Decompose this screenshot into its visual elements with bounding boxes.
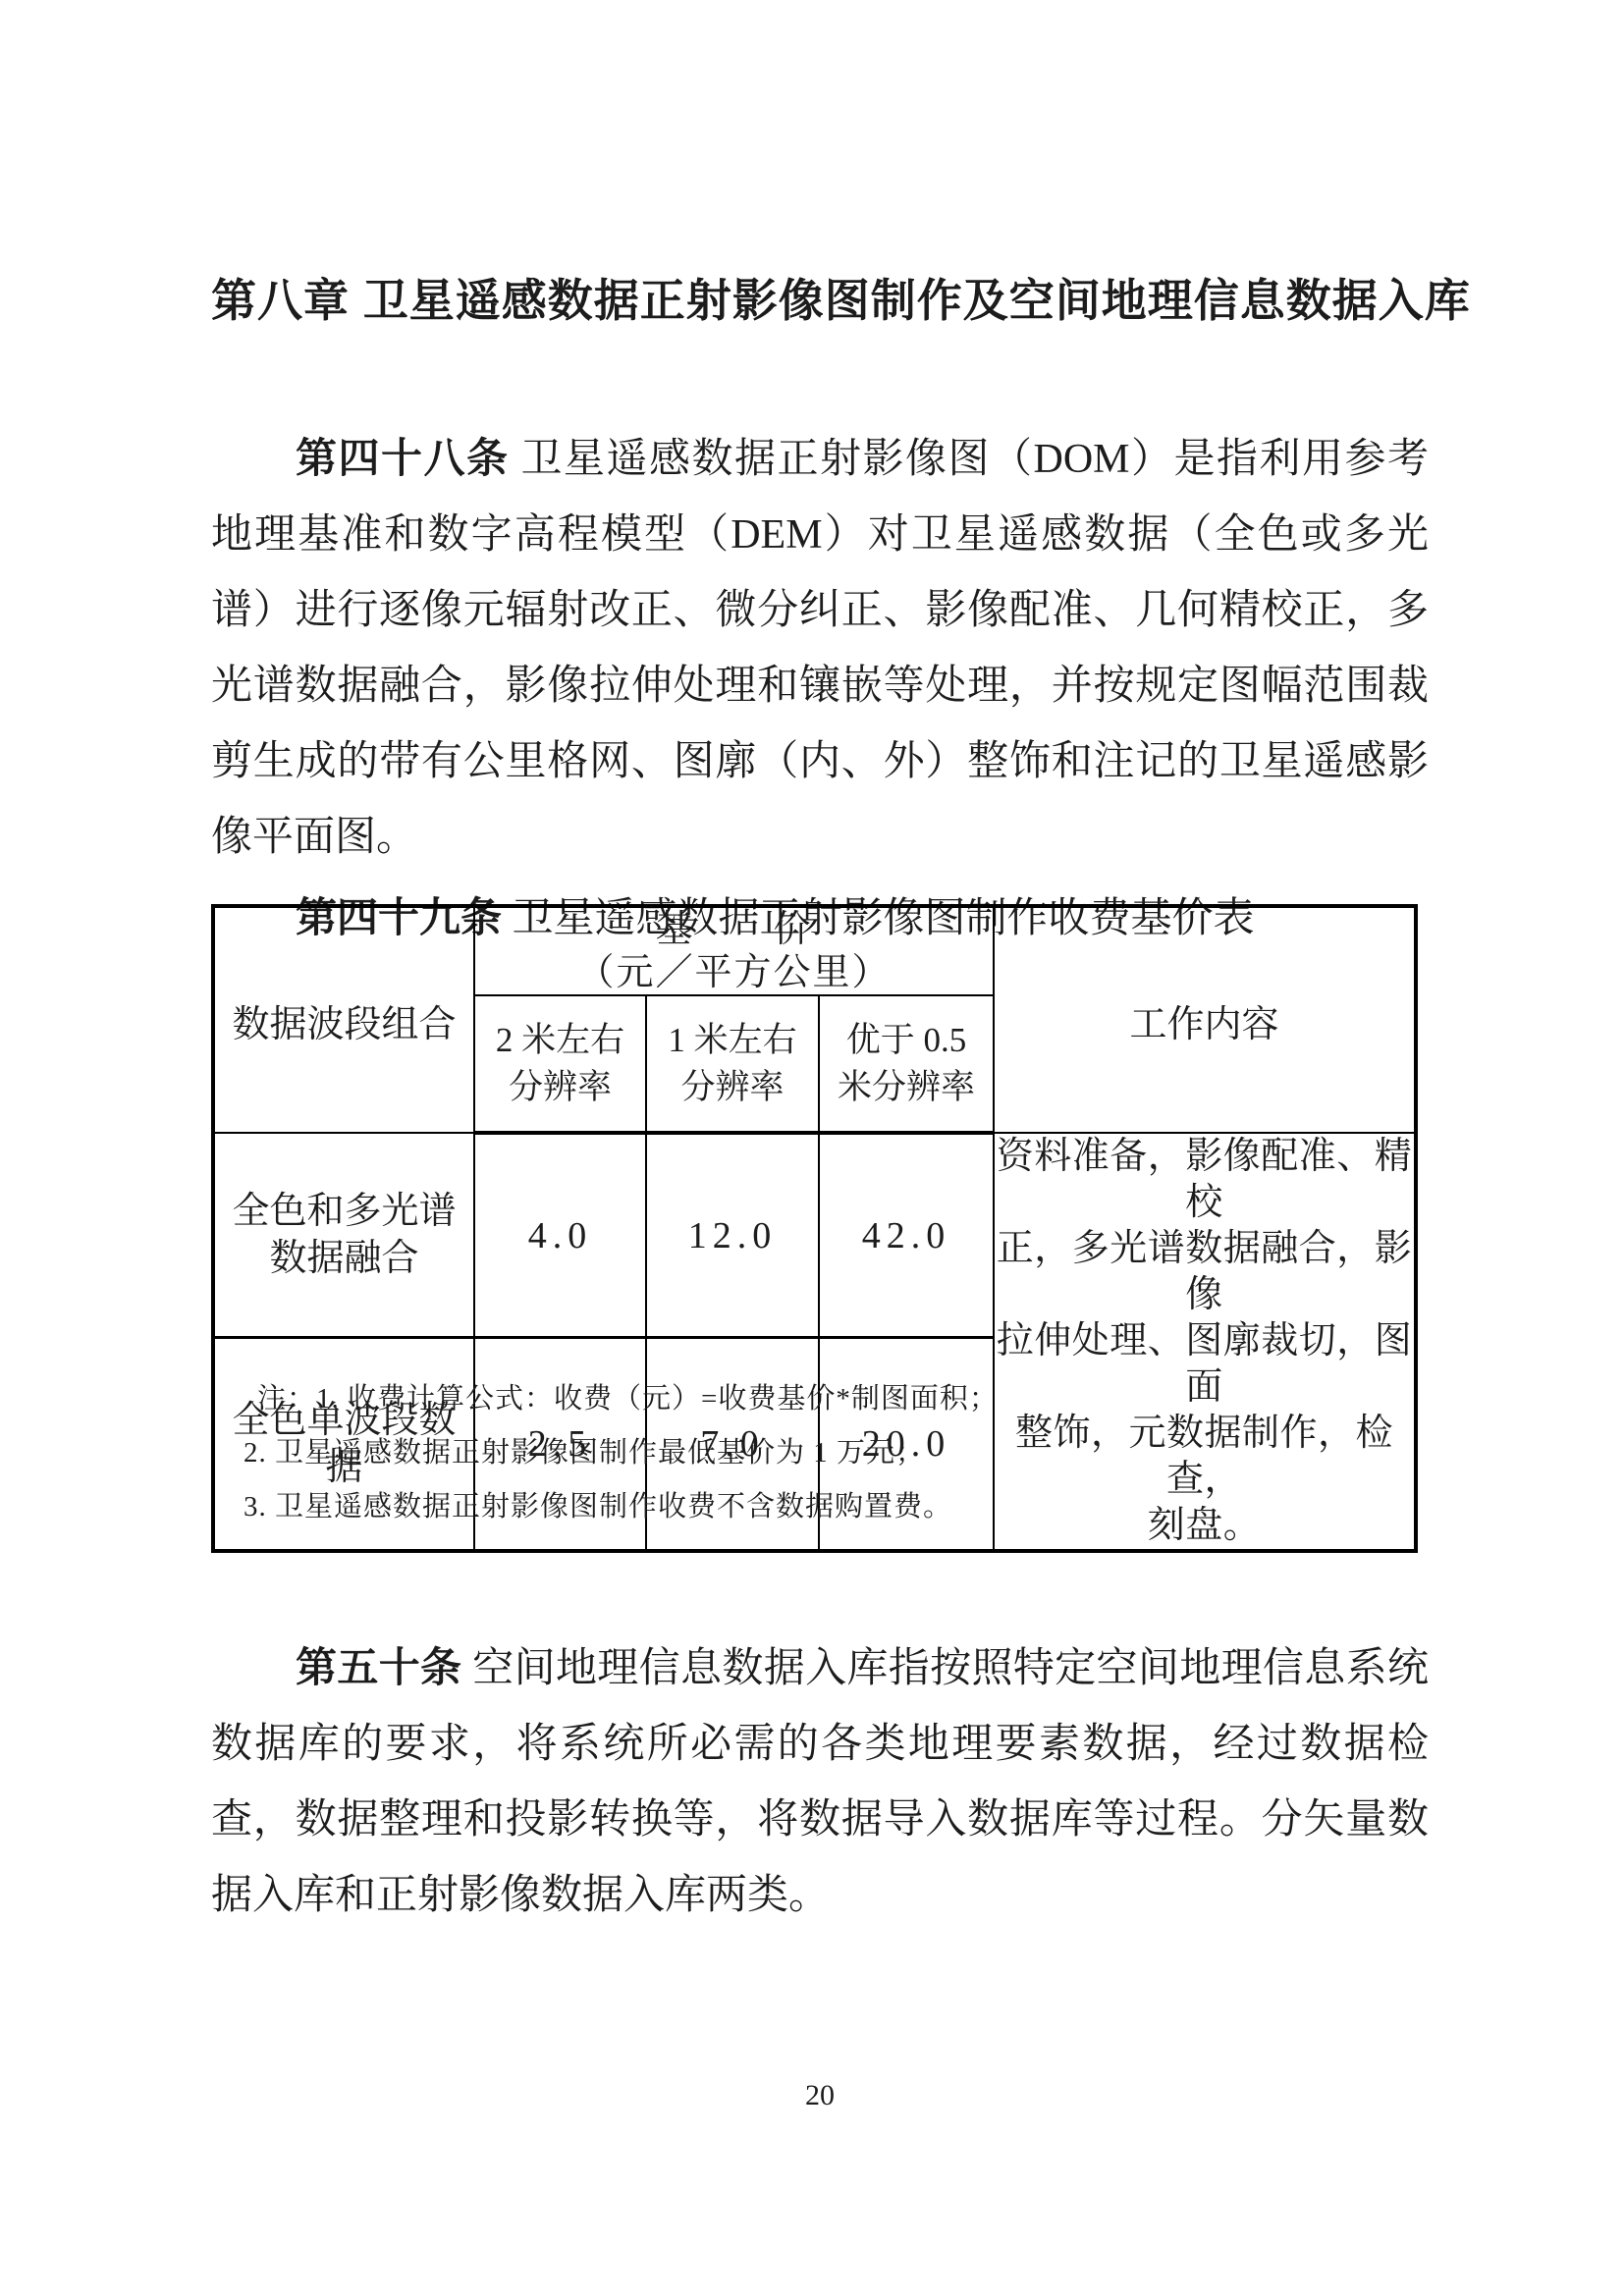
article-48-text: 卫星遥感数据正射影像图（DOM）是指利用参考地理基准和数字高程模型（DEM）对卫… xyxy=(211,437,1429,860)
document-page: 第八章 卫星遥感数据正射影像图制作及空间地理信息数据入库 第四十八条 卫星遥感数… xyxy=(0,0,1624,2296)
header-cell-resolution-2m: 2 米左右 分辨率 xyxy=(474,995,646,1133)
article-50-label: 第五十条 xyxy=(296,1646,461,1691)
header-cell-band-combination: 数据波段组合 xyxy=(213,906,474,1133)
page-number: 20 xyxy=(211,2079,1429,2112)
chapter-title: 第八章 卫星遥感数据正射影像图制作及空间地理信息数据入库 xyxy=(211,270,1429,331)
table-row: 全色和多光谱 数据融合 4.0 12.0 42.0 资料准备，影像配准、精校 正… xyxy=(213,1133,1416,1338)
article-48-paragraph: 第四十八条 卫星遥感数据正射影像图（DOM）是指利用参考地理基准和数字高程模型（… xyxy=(211,422,1429,876)
header-cell-base-price: 基 价 （元／平方公里） xyxy=(474,906,994,995)
cell-price-1m-row1: 12.0 xyxy=(646,1133,819,1338)
article-48-label: 第四十八条 xyxy=(296,437,510,482)
cell-band-pan-multispectral: 全色和多光谱 数据融合 xyxy=(213,1133,474,1338)
table-notes: 注：1. 收费计算公式：收费（元）=收费基价*制图面积； 2. 卫星遥感数据正射… xyxy=(244,1372,1324,1534)
article-50-paragraph: 第五十条 空间地理信息数据入库指按照特定空间地理信息系统数据库的要求，将系统所必… xyxy=(211,1631,1429,1934)
note-3: 3. 卫星遥感数据正射影像图制作收费不含数据购置费。 xyxy=(244,1480,1324,1534)
table-header-row-top: 数据波段组合 基 价 （元／平方公里） 工作内容 xyxy=(213,906,1416,995)
cell-price-2m-row1: 4.0 xyxy=(474,1133,646,1338)
header-cell-resolution-05m: 优于 0.5 米分辨率 xyxy=(819,995,994,1133)
header-cell-work-content: 工作内容 xyxy=(994,906,1416,1133)
cell-price-05m-row1: 42.0 xyxy=(819,1133,994,1338)
header-cell-resolution-1m: 1 米左右 分辨率 xyxy=(646,995,819,1133)
note-2: 2. 卫星遥感数据正射影像图制作最低基价为 1 万元； xyxy=(244,1426,1324,1480)
note-1: 注：1. 收费计算公式：收费（元）=收费基价*制图面积； xyxy=(244,1372,1324,1426)
